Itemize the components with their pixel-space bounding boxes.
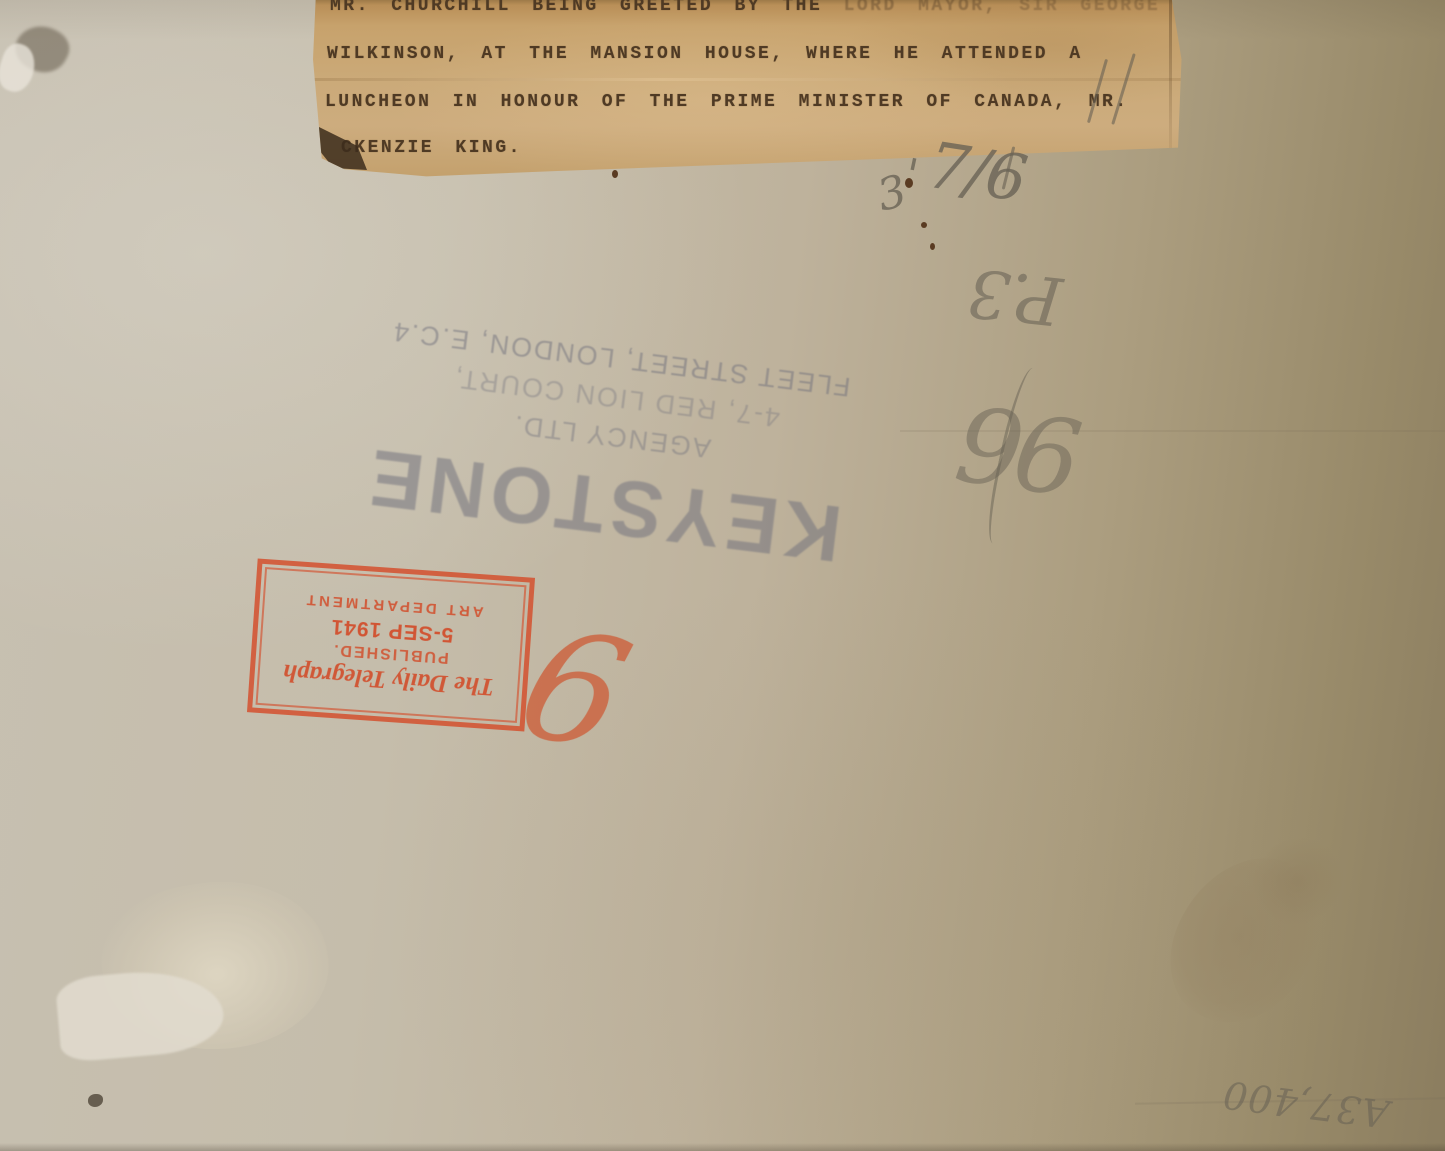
caption-line-1-faded-end: SIR GEORGE [1019,0,1160,16]
ink-speck [921,222,927,228]
caption-line-1-faded: LORD MAYOR, [844,0,1020,16]
label-fold-crease [1169,0,1172,150]
pencil-size-fraction: 7/6 [923,129,1030,217]
caption-line-1: MR. CHURCHILL BEING GREETED BY THE LORD … [330,0,1160,16]
caption-line-3: LUNCHEON IN HONOUR OF THE PRIME MINISTER… [325,92,1129,112]
caption-line-4: CKENZIE KING. [341,138,522,158]
photo-verso: MR. CHURCHILL BEING GREETED BY THE LORD … [0,0,1445,1151]
caption-line-2: WILKINSON, AT THE MANSION HOUSE, WHERE H… [327,44,1083,64]
pencil-ref-note: P.3 [936,250,1093,342]
caption-line-1-start: MR. CHURCHILL BEING GREETED BY THE [330,0,844,16]
pencil-archive-number: A37,400 [1220,1072,1392,1136]
daily-telegraph-stamp: The Daily Telegraph PUBLISHED. 5-SEP 194… [247,558,535,731]
keystone-agency-stamp: KEYSTONE AGENCY LTD. 4-7, RED LION COURT… [310,188,925,582]
ink-speck [612,170,618,178]
label-horizontal-crease [313,78,1185,81]
dark-speck [88,1094,103,1107]
ink-speck [930,243,935,250]
caption-label: MR. CHURCHILL BEING GREETED BY THE LORD … [313,0,1185,180]
daily-telegraph-stamp-inner-border: The Daily Telegraph PUBLISHED. 5-SEP 194… [256,567,527,723]
pencil-scrawl: 96 [957,380,1089,517]
telegraph-publisher-name: The Daily Telegraph [282,658,495,701]
